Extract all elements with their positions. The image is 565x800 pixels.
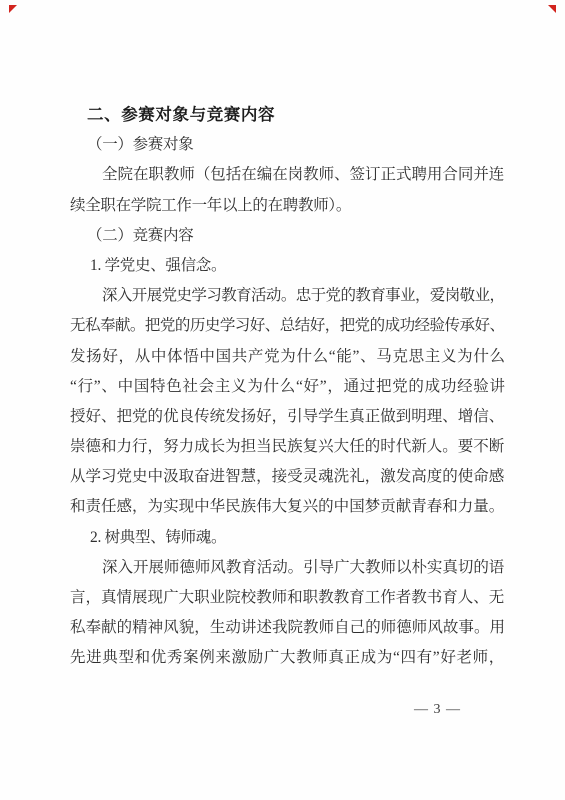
doc-text-line: 深入开展师德师风教育活动。引导广大教师以朴实真切的语 (70, 553, 504, 583)
doc-text-line: “行”、中国特色社会主义为什么“好”，通过把党的成功经验讲 (70, 372, 504, 402)
doc-text-line: 授好、把党的优良传统发扬好，引导学生真正做到明理、增信、 (70, 402, 504, 432)
subsection-heading-1: （一）参赛对象 (70, 130, 504, 160)
red-corner-mark-left-icon (9, 5, 17, 13)
doc-text-line: 无私奉献。把党的历史学习好、总结好，把党的成功经验传承好、 (70, 311, 504, 341)
doc-text-line: 全院在职教师（包括在编在岗教师、签订正式聘用合同并连 (70, 160, 504, 190)
doc-text-line: 言，真情展现广大职业院校教师和职教教育工作者教书育人、无 (70, 583, 504, 613)
document-body: 二、参赛对象与竞赛内容 （一）参赛对象 全院在职教师（包括在编在岗教师、签订正式… (70, 100, 504, 674)
list-item-2-heading: 2. 树典型、铸师魂。 (70, 523, 504, 553)
doc-text-line: 先进典型和优秀案例来激励广大教师真正成为“四有”好老师， (70, 643, 504, 673)
doc-text-line: 私奉献的精神风貌，生动讲述我院教师自己的师德师风故事。用 (70, 613, 504, 643)
doc-text-line: 从学习党史中汲取奋进智慧，接受灵魂洗礼，激发高度的使命感 (70, 462, 504, 492)
doc-text-line: 和责任感，为实现中华民族伟大复兴的中国梦贡献青春和力量。 (70, 492, 504, 522)
doc-text-line: 崇德和力行，努力成长为担当民族复兴大任的时代新人。要不断 (70, 432, 504, 462)
doc-text-line: 发扬好，从中体悟中国共产党为什么“能”、马克思主义为什么 (70, 342, 504, 372)
page-number: — 3 — (414, 700, 461, 720)
red-corner-mark-right-icon (548, 5, 556, 13)
list-item-1-heading: 1. 学党史、强信念。 (70, 251, 504, 281)
doc-text-line: 深入开展党史学习教育活动。忠于党的教育事业，爱岗敬业， (70, 281, 504, 311)
document-page: 二、参赛对象与竞赛内容 （一）参赛对象 全院在职教师（包括在编在岗教师、签订正式… (0, 0, 565, 800)
subsection-heading-2: （二）竞赛内容 (70, 221, 504, 251)
section-heading: 二、参赛对象与竞赛内容 (70, 100, 504, 130)
doc-text-line: 续全职在学院工作一年以上的在聘教师）。 (70, 191, 504, 221)
